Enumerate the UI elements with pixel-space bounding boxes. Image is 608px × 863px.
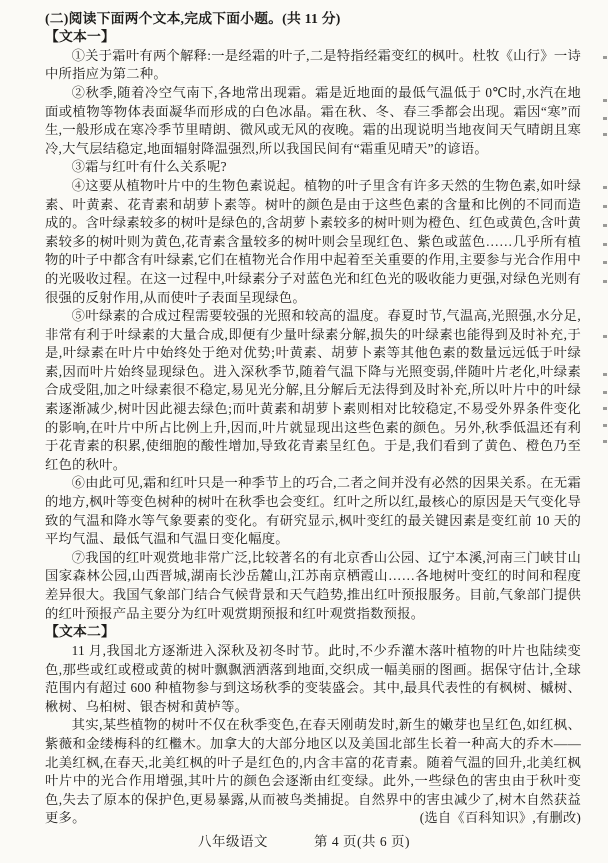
section-header: (二)阅读下面两个文本,完成下面小题。(共 11 分)	[45, 9, 581, 28]
scan-artifact	[603, 99, 607, 102]
footer-page-number: 第 4 页(共 6 页)	[314, 830, 410, 850]
scan-artifact	[603, 440, 607, 443]
text-two-label: 【文本二】	[45, 623, 581, 642]
scan-artifact	[603, 391, 607, 394]
scanned-exam-page: { "colors": { "paper": "#fbfaf6", "ink":…	[0, 0, 608, 863]
footer-subject: 八年级语文	[198, 830, 268, 850]
scan-artifact	[603, 186, 607, 189]
scan-artifact	[603, 117, 607, 120]
scan-artifact	[603, 205, 607, 208]
text-one-paragraph-6: ⑥由此可见,霜和红叶只是一种季节上的巧合,二者之间并没有必然的因果关系。在无霜的…	[45, 474, 581, 548]
page-content: (二)阅读下面两个文本,完成下面小题。(共 11 分) 【文本一】 ①关于霜叶有…	[0, 0, 608, 828]
text-one-paragraph-4: ④这要从植物叶片中的生物色素说起。植物的叶子里含有许多天然的生物色素,如叶绿素、…	[45, 177, 581, 307]
text-two-paragraph-1: 11 月,我国北方逐渐进入深秋及初冬时节。此时,不少乔灌木落叶植物的叶片也陆续变…	[45, 642, 581, 716]
page-footer: 八年级语文 第 4 页(共 6 页)	[0, 830, 608, 850]
scan-artifact	[603, 373, 607, 376]
scan-artifact	[603, 407, 607, 410]
scan-artifact	[603, 424, 607, 427]
scan-artifact	[603, 224, 607, 227]
scan-artifact	[603, 133, 607, 136]
source-attribution: (选自《百科知识》,有删改)	[420, 809, 581, 828]
text-one-paragraph-2: ②秋季,随着冷空气南下,各地常出现霜。霜是近地面的最低气温低于 0℃时,水汽在地…	[45, 84, 581, 158]
scan-artifact	[603, 56, 607, 59]
scan-artifact	[603, 243, 607, 246]
text-one-paragraph-1: ①关于霜叶有两个解释:一是经霜的叶子,二是特指经霜变红的枫叶。杜牧《山行》一诗中…	[45, 47, 581, 84]
text-one-label: 【文本一】	[45, 28, 581, 47]
text-one-paragraph-3: ③霜与红叶有什么关系呢?	[45, 158, 581, 177]
scan-artifact	[603, 261, 607, 264]
text-one-paragraph-5: ⑤叶绿素的合成过程需要较强的光照和较高的温度。春夏时节,气温高,光照强,水分足,…	[45, 307, 581, 474]
scan-artifact	[603, 335, 607, 338]
text-two-paragraph-2: 其实,某些植物的树叶不仅在秋季变色,在春天刚萌发时,新生的嫩芽也呈红色,如红枫、…	[45, 716, 581, 828]
text-one-paragraph-7: ⑦我国的红叶观赏地非常广泛,比较著名的有北京香山公园、辽宁本溪,河南三门峡甘山国…	[45, 549, 581, 623]
text-two-paragraph-2-text: 其实,某些植物的树叶不仅在秋季变色,在春天刚萌发时,新生的嫩芽也呈红色,如红枫、…	[45, 717, 581, 825]
scan-artifact	[603, 280, 607, 283]
